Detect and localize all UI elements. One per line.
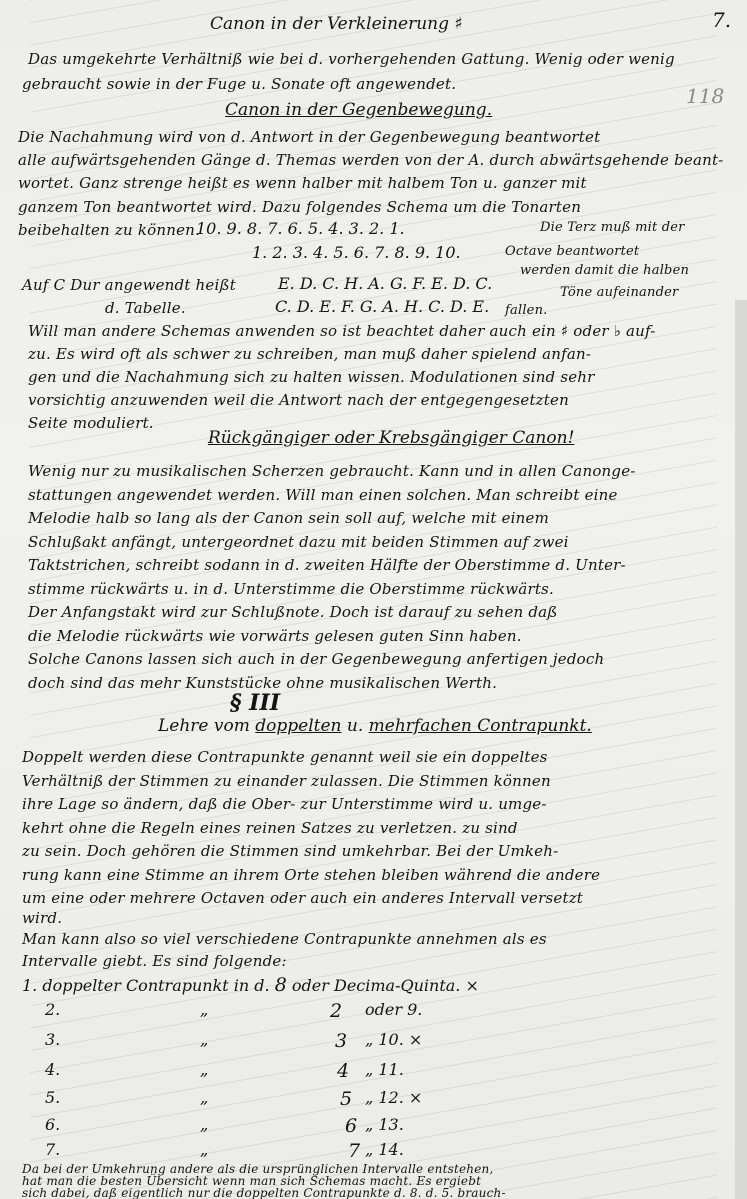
note-row-descending: E. D. C. H. A. G. F. E. D. C. xyxy=(278,274,492,293)
text-line: Doppelt werden diese Contrapunkte genann… xyxy=(22,748,548,766)
text-line: alle aufwärtsgehenden Gänge d. Themas we… xyxy=(18,151,723,169)
item-number: 1. xyxy=(22,976,37,995)
text-line: Verhältniß der Stimmen zu einander zulas… xyxy=(22,772,551,790)
text-line: Intervalle giebt. Es sind folgende: xyxy=(22,952,287,970)
interval-b: „ 11. xyxy=(365,1060,404,1079)
heading-text-underlined: doppelten xyxy=(255,716,341,736)
interval-b: „ 12. × xyxy=(365,1088,422,1107)
heading-text: Canon in der Verkleinerung xyxy=(210,14,449,34)
c-dur-label-2: d. Tabelle. xyxy=(105,299,186,317)
scheme-note: Octave beantwortet xyxy=(505,243,639,261)
item-number: 7. xyxy=(45,1140,60,1159)
c-dur-label: Auf C Dur angewendt heißt xyxy=(22,276,236,294)
interval-b: „ 13. xyxy=(365,1115,404,1134)
ditto: „ xyxy=(200,1115,208,1134)
paragraph-mark: § III xyxy=(230,690,280,716)
interval-b-text: „ 12. xyxy=(365,1088,404,1107)
interval-a: 5 xyxy=(340,1088,352,1110)
item-number: 3. xyxy=(45,1030,60,1049)
ditto: „ xyxy=(200,1060,208,1079)
text-line: zu sein. Doch gehören die Stimmen sind u… xyxy=(22,842,558,860)
text-line: wird. xyxy=(22,909,62,927)
scheme-note: werden damit die halben xyxy=(520,262,689,280)
text-line: Schlußakt anfängt, untergeordnet dazu mi… xyxy=(28,533,569,551)
heading-krebscanon: Rückgängiger oder Krebsgängiger Canon! xyxy=(208,428,574,448)
text-line: rung kann eine Stimme an ihrem Orte steh… xyxy=(22,866,600,884)
ditto: „ xyxy=(200,1000,208,1019)
text-line: ihre Lage so ändern, daß die Ober- zur U… xyxy=(22,795,547,813)
interval-a: 2 xyxy=(330,1000,342,1022)
cross-mark: × xyxy=(465,976,478,995)
list-item: 6. xyxy=(45,1115,60,1134)
interval-a: 6 xyxy=(345,1115,357,1137)
text-line: die Melodie rückwärts wie vorwärts geles… xyxy=(28,627,522,645)
heading-canon-verkleinerung: Canon in der Verkleinerung ♯ xyxy=(210,14,463,34)
archive-pencil-number: 118 xyxy=(686,84,724,108)
text-line: Der Anfangstakt wird zur Schlußnote. Doc… xyxy=(28,603,558,621)
manuscript-page: 7. 118 Canon in der Verkleinerung ♯ Das … xyxy=(0,0,747,1199)
text-line: wortet. Ganz strenge heißt es wenn halbe… xyxy=(18,174,587,192)
heading-text: Lehre vom xyxy=(158,716,250,736)
interval-b: „ 10. × xyxy=(365,1030,422,1049)
text-line: stimme rückwärts u. in d. Unterstimme di… xyxy=(28,580,554,598)
heading-text: u. xyxy=(347,716,363,736)
interval-b: „ 14. xyxy=(365,1140,404,1159)
scheme-note: Töne aufeinander xyxy=(560,284,678,302)
text-line: Will man andere Schemas anwenden so ist … xyxy=(28,322,655,340)
heading-canon-gegenbewegung: Canon in der Gegenbewegung. xyxy=(225,100,492,120)
text-line: Taktstrichen, schreibt sodann in d. zwei… xyxy=(28,556,626,574)
ditto: „ xyxy=(200,1030,208,1049)
text-line: Seite moduliert. xyxy=(28,414,154,432)
scheme-row-ascending: 1. 2. 3. 4. 5. 6. 7. 8. 9. 10. xyxy=(252,243,461,262)
text-line: stattungen angewendet werden. Will man e… xyxy=(28,486,618,504)
ditto: „ xyxy=(200,1088,208,1107)
text-line: sich dabei, daß eigentlich nur die doppe… xyxy=(22,1187,506,1199)
list-item: 4. xyxy=(45,1060,60,1079)
text-line: gebraucht sowie in der Fuge u. Sonate of… xyxy=(22,75,456,93)
page-number: 7. xyxy=(712,8,731,32)
list-item: 2. xyxy=(45,1000,60,1019)
text-line: Wenig nur zu musikalischen Scherzen gebr… xyxy=(28,462,636,480)
text-line: um eine oder mehrere Octaven oder auch e… xyxy=(22,889,583,907)
ditto: „ xyxy=(200,1140,208,1159)
text-line: ganzem Ton beantwortet wird. Dazu folgen… xyxy=(18,198,581,216)
scheme-note: Die Terz muß mit der xyxy=(540,219,685,237)
scheme-row-descending: 10. 9. 8. 7. 6. 5. 4. 3. 2. 1. xyxy=(196,219,405,238)
interval-b: oder 9. xyxy=(365,1000,422,1019)
text-line: kehrt ohne die Regeln eines reinen Satze… xyxy=(22,819,518,837)
text-line: gen und die Nachahmung sich zu halten wi… xyxy=(28,368,595,386)
cross-mark: × xyxy=(409,1030,422,1049)
sharp-mark: ♯ xyxy=(454,14,462,34)
interval-a: 3 xyxy=(335,1030,347,1052)
item-number: 4. xyxy=(45,1060,60,1079)
text-line: Solche Canons lassen sich auch in der Ge… xyxy=(28,650,604,668)
note-row-ascending: C. D. E. F. G. A. H. C. D. E. xyxy=(275,297,489,316)
text-line: vorsichtig anzuwenden weil die Antwort n… xyxy=(28,391,569,409)
scheme-note: fallen. xyxy=(505,302,547,320)
text-line: beibehalten zu können. xyxy=(18,221,200,239)
list-item: 1. doppelter Contrapunkt in d. 8 oder De… xyxy=(22,974,479,996)
interval-b: oder Decima-Quinta. xyxy=(292,976,460,995)
text-line: zu. Es wird oft als schwer zu schreiben,… xyxy=(28,345,591,363)
item-number: 5. xyxy=(45,1088,60,1107)
text-line: Melodie halb so lang als der Canon sein … xyxy=(28,509,549,527)
item-number: 6. xyxy=(45,1115,60,1134)
page-edge-shadow xyxy=(735,300,747,1199)
text-line: Die Nachahmung wird von d. Antwort in de… xyxy=(18,128,600,146)
interval-a: 4 xyxy=(337,1060,349,1082)
list-item: 5. xyxy=(45,1088,60,1107)
list-item: 3. xyxy=(45,1030,60,1049)
heading-text-underlined: mehrfachen Contrapunkt. xyxy=(369,716,592,736)
item-label: doppelter Contrapunkt in d. xyxy=(42,976,269,995)
interval-a: 8 xyxy=(275,974,287,996)
list-item: 7. xyxy=(45,1140,60,1159)
item-number: 2. xyxy=(45,1000,60,1019)
heading-doppelter-contrapunkt: Lehre vom doppelten u. mehrfachen Contra… xyxy=(158,716,592,736)
cross-mark: × xyxy=(409,1088,422,1107)
interval-b-text: „ 10. xyxy=(365,1030,404,1049)
text-line: Das umgekehrte Verhältniß wie bei d. vor… xyxy=(28,50,675,68)
interval-a: 7 xyxy=(348,1140,360,1162)
text-line: Man kann also so viel verschiedene Contr… xyxy=(22,930,547,948)
